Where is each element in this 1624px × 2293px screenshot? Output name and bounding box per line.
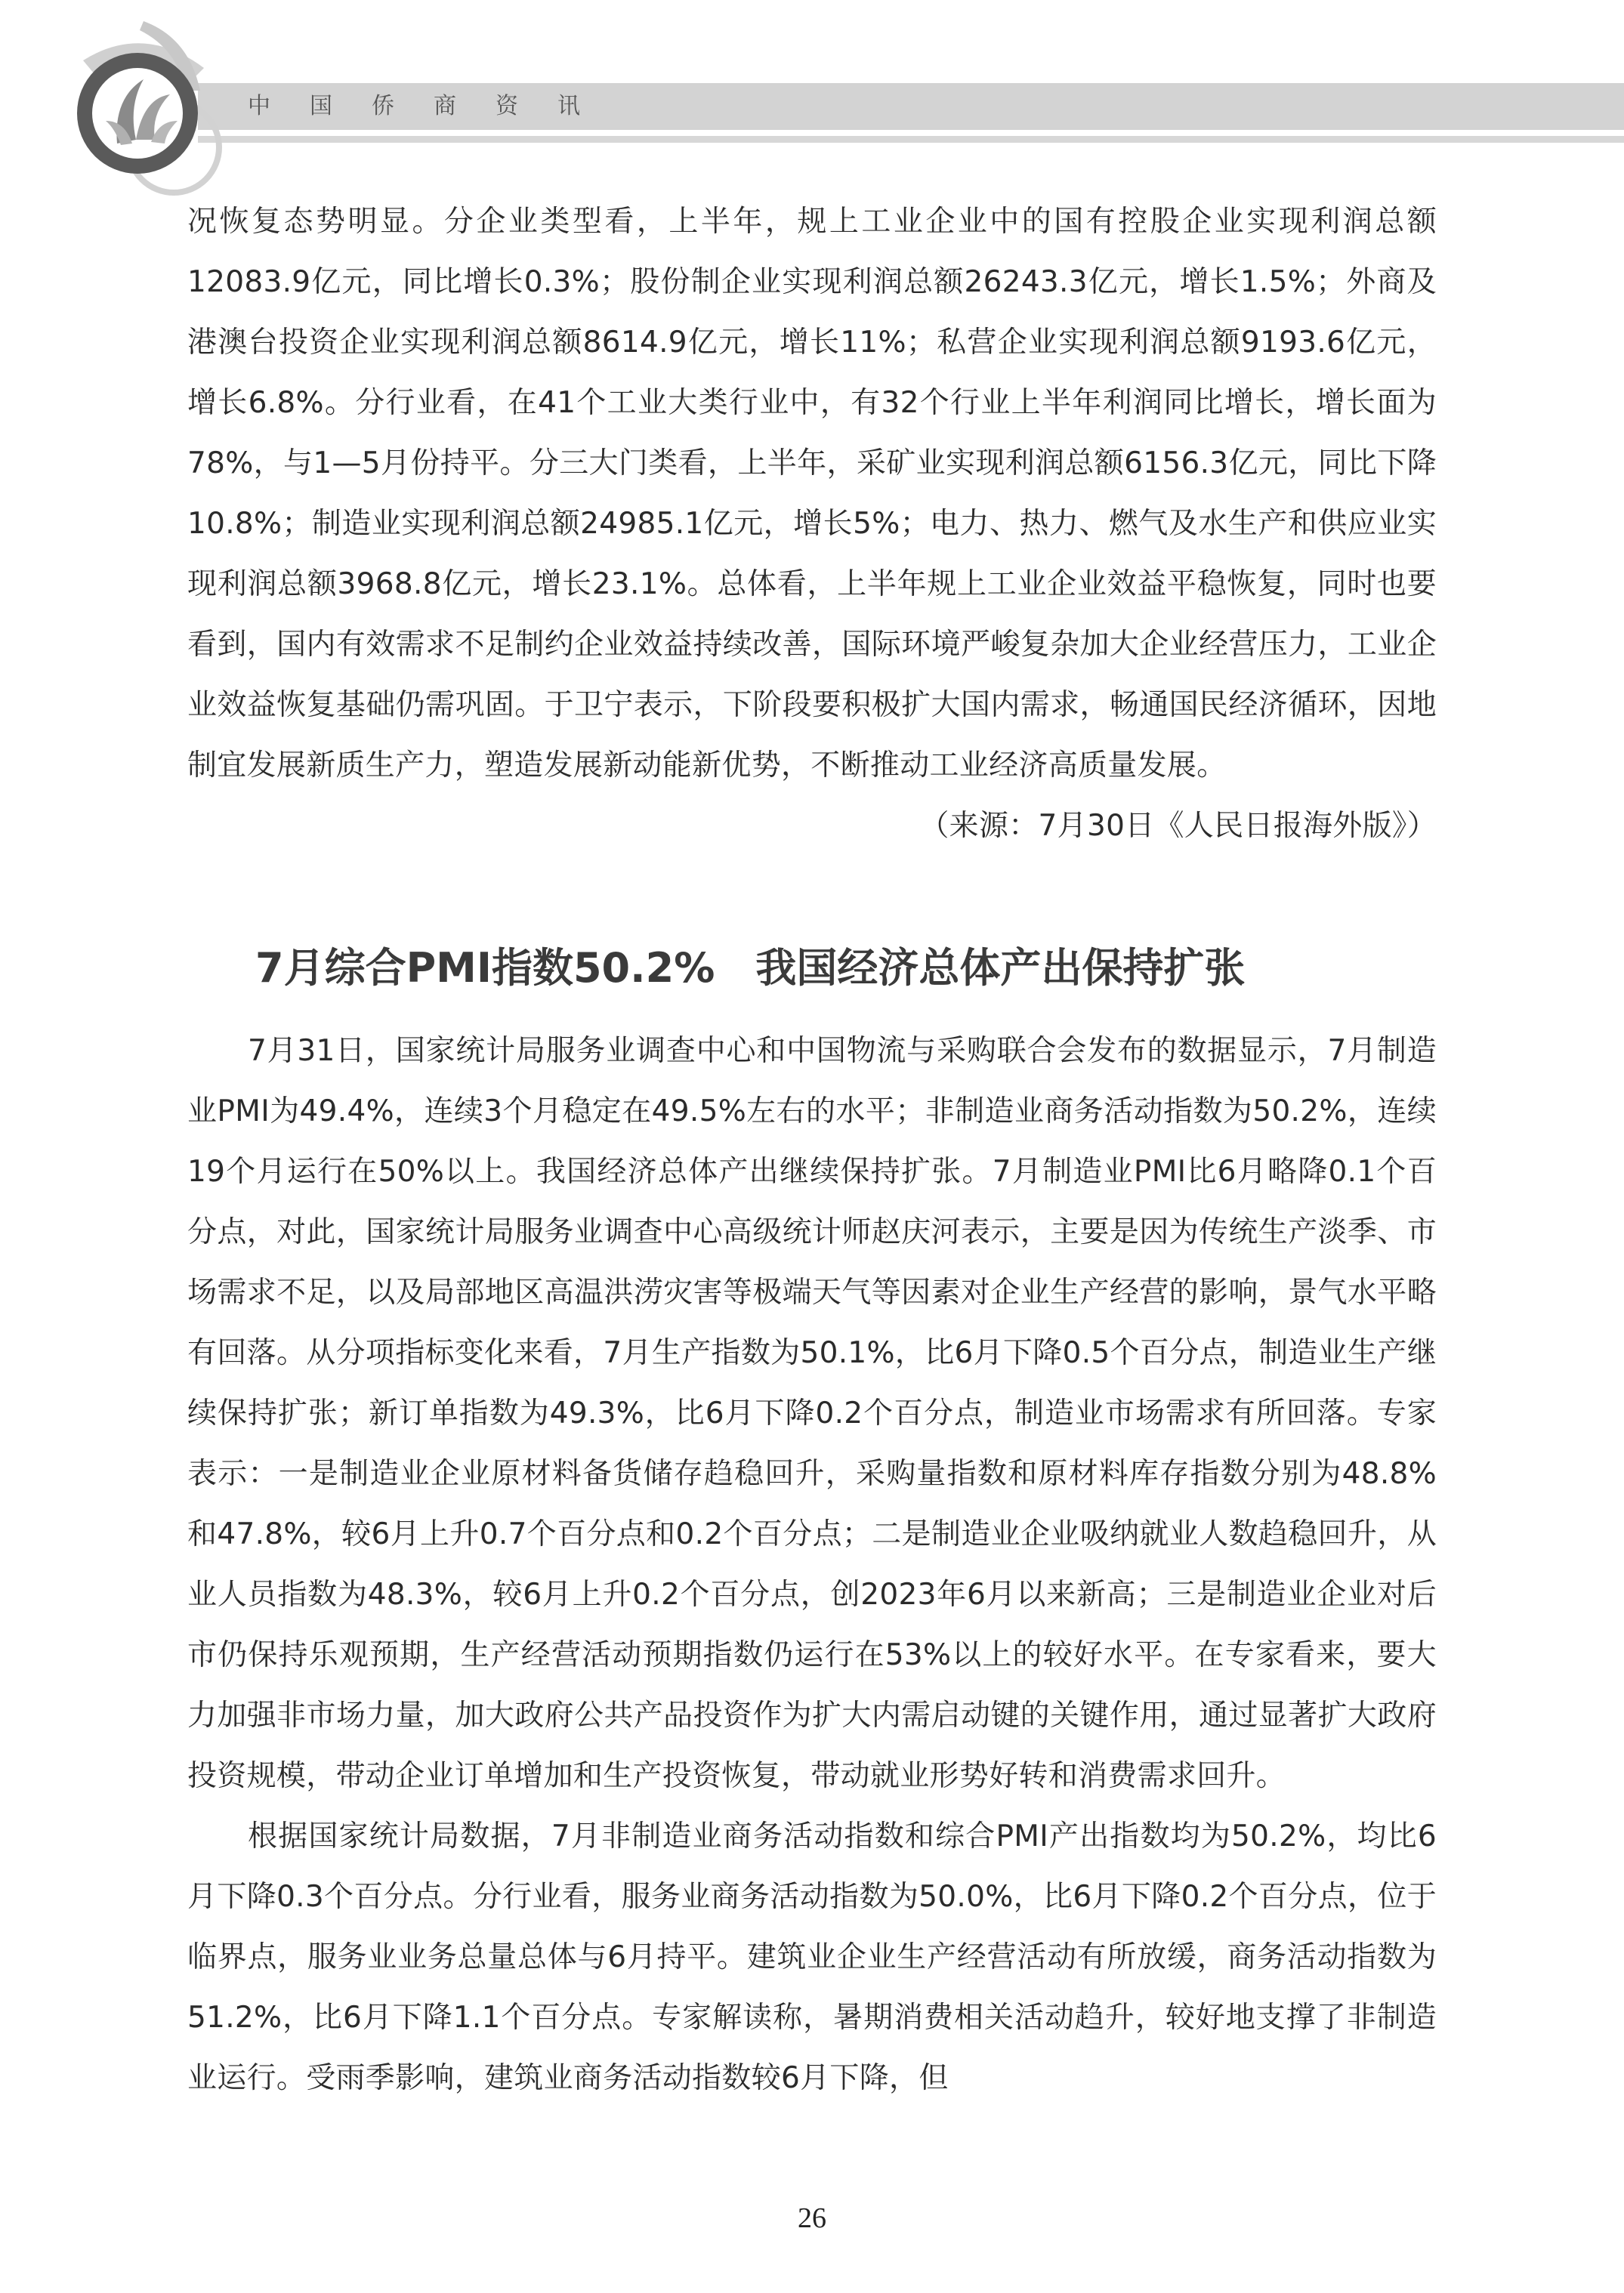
source-citation: （来源：7月30日《人民日报海外版》） bbox=[919, 796, 1437, 856]
article-paragraph: 根据国家统计局数据，7月非制造业商务活动指数和综合PMI产出指数均为50.2%，… bbox=[187, 1807, 1437, 2109]
page-number: 26 bbox=[0, 2202, 1624, 2235]
publication-title: 中国侨商资讯 bbox=[248, 89, 619, 124]
source-line: （来源：7月30日《人民日报海外版》） bbox=[187, 796, 1437, 856]
page-body: 况恢复态势明显。分企业类型看，上半年，规上工业企业中的国有控股企业实现利润总额1… bbox=[187, 192, 1437, 2109]
article-title: 7月综合PMI指数50.2% 我国经济总体产出保持扩张 bbox=[255, 938, 1437, 998]
header-stripe bbox=[198, 136, 1624, 143]
previous-article-continuation: 况恢复态势明显。分企业类型看，上半年，规上工业企业中的国有控股企业实现利润总额1… bbox=[187, 192, 1437, 796]
article-paragraph: 7月31日，国家统计局服务业调查中心和中国物流与采购联合会发布的数据显示，7月制… bbox=[187, 1021, 1437, 1807]
page-header: 中国侨商资讯 bbox=[0, 0, 1624, 196]
organization-seal-logo-icon bbox=[30, 8, 227, 196]
